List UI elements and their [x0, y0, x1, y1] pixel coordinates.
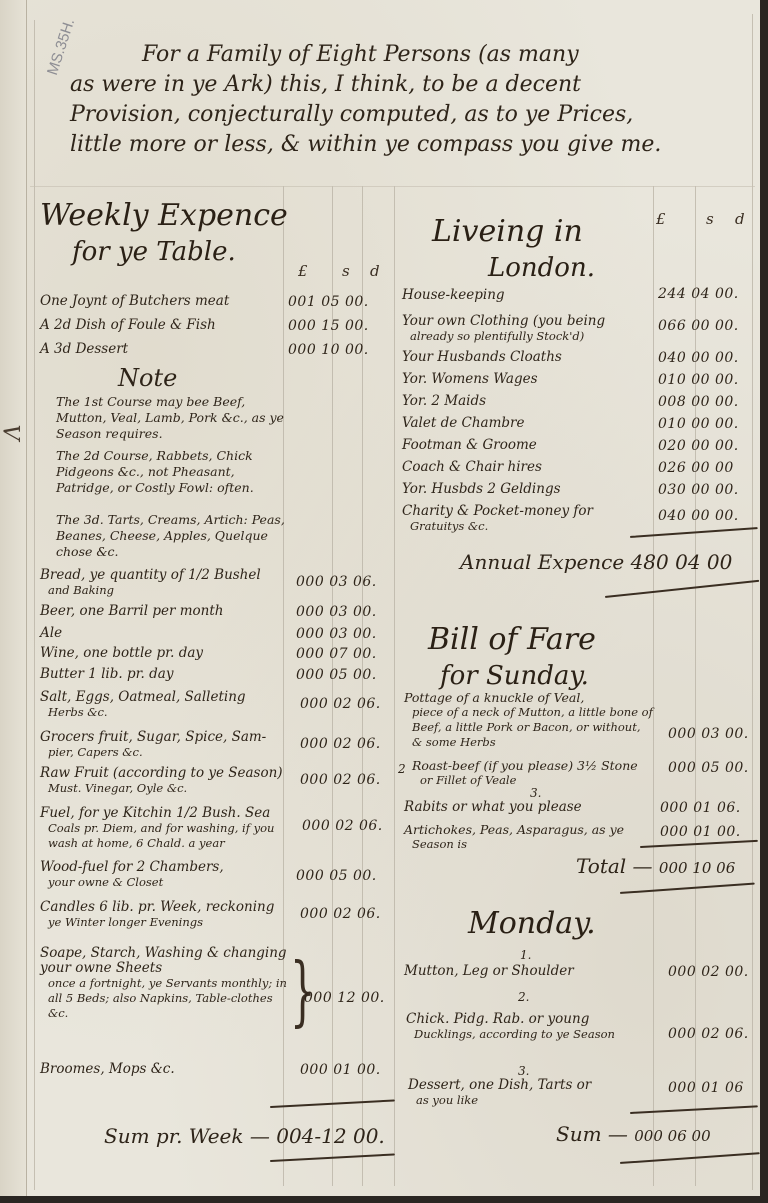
- ledger-row: Mutton, Leg or Shoulder: [404, 964, 664, 979]
- row-amount: 000 02 06.: [300, 736, 381, 752]
- monday-sum: Sum — 000 06 00: [556, 1122, 711, 1146]
- heading-line: Weekly Expence: [40, 198, 288, 234]
- ledger-row: Yor. 2 Maids: [402, 394, 652, 409]
- ledger-row: Chick. Pidg. Rab. or youngDucklings, acc…: [406, 1012, 656, 1042]
- total-rule: [620, 1152, 760, 1164]
- row-amount: 000 12 00.: [304, 990, 385, 1006]
- ledger-row: A 2d Dish of Foule & Fish: [40, 318, 285, 333]
- row-amount: 020 00 00.: [658, 438, 739, 454]
- row-amount: 000 01 00.: [300, 1062, 381, 1078]
- ledger-row: House-keeping: [402, 288, 652, 303]
- ledger-row: Rabits or what you please: [404, 800, 654, 815]
- row-amount: 000 02 06.: [668, 1026, 749, 1042]
- sunday-heading: Bill of Fare for Sunday.: [428, 622, 596, 694]
- ledger-row: One Joynt of Butchers meat: [40, 294, 285, 309]
- course-number: 3.: [530, 786, 541, 800]
- row-amount: 026 00 00: [658, 460, 734, 476]
- heading-line: Liveing in: [432, 214, 595, 250]
- heading-line: London.: [432, 250, 595, 286]
- note-text: The 3d. Tarts, Creams, Artich: Peas, Bea…: [56, 512, 286, 560]
- ledger-row: Charity & Pocket-money forGratuitys &c.: [402, 504, 652, 534]
- ledger-row: Wood-fuel for 2 Chambers,your owne & Clo…: [40, 860, 288, 890]
- row-desc: A 3d Dessert: [40, 342, 285, 357]
- row-amount: 008 00 00.: [658, 394, 739, 410]
- header-rule: [30, 186, 755, 187]
- row-amount: 000 01 00.: [660, 824, 741, 840]
- title-line: Provision, conjecturally computed, as to…: [70, 100, 730, 130]
- weekly-sum: Sum pr. Week — 004-12 00.: [104, 1124, 385, 1148]
- course-number: 2: [398, 762, 406, 776]
- row-amount: 000 02 06.: [300, 696, 381, 712]
- annual-expence: Annual Expence 480 04 00: [460, 550, 732, 574]
- column-rule: [362, 186, 363, 1186]
- row-amount: 000 03 00.: [296, 626, 377, 642]
- ledger-row: Soape, Starch, Washing & changing your o…: [40, 946, 290, 1021]
- row-amount: 000 10 00.: [288, 342, 369, 358]
- row-amount: 000 03 00.: [668, 726, 749, 742]
- total-rule: [605, 580, 759, 598]
- col-head-pounds: £: [656, 210, 666, 228]
- ledger-row: Salt, Eggs, Oatmeal, SalletingHerbs &c.: [40, 690, 288, 720]
- total-rule: [640, 840, 758, 848]
- london-heading: Liveing in London.: [432, 214, 595, 286]
- ledger-row: Artichokes, Peas, Asparagus, as yeSeason…: [404, 822, 654, 852]
- ledger-row: Ale: [40, 626, 288, 641]
- ledger-row: Raw Fruit (according to ye Season)Must. …: [40, 766, 288, 796]
- ledger-row: Valet de Chambre: [402, 416, 652, 431]
- ledger-row: Footman & Groome: [402, 438, 652, 453]
- col-head-shillings: s: [706, 210, 714, 228]
- row-amount: 040 00 00.: [658, 508, 739, 524]
- heading-line: Bill of Fare: [428, 622, 596, 658]
- col-head-shillings: s: [342, 262, 350, 280]
- manuscript-page: MS.35H. V For a Family of Eight Persons …: [0, 0, 760, 1196]
- row-amount: 000 02 00.: [668, 964, 749, 980]
- title-line: as were in ye Ark) this, I think, to be …: [70, 70, 730, 100]
- ledger-row: Fuel, for ye Kitchin 1/2 Bush. SeaCoals …: [40, 806, 295, 851]
- row-amount: 030 00 00.: [658, 482, 739, 498]
- ledger-row: Broomes, Mops &c.: [40, 1062, 288, 1077]
- note-text: The 2d Course, Rabbets, Chick Pidgeons &…: [56, 448, 286, 496]
- row-amount: 001 05 00.: [288, 294, 369, 310]
- ledger-row: Your own Clothing (you beingalready so p…: [402, 314, 652, 344]
- row-amount: 000 05 00.: [296, 667, 377, 683]
- ledger-row: Roast-beef (if you please) 3½ Stoneor Fi…: [412, 758, 662, 788]
- col-head-pence: d: [735, 210, 745, 228]
- col-head-pounds: £: [298, 262, 308, 280]
- weekly-heading: Weekly Expence for ye Table.: [40, 198, 288, 270]
- column-rule: [752, 14, 753, 1190]
- row-desc: A 2d Dish of Foule & Fish: [40, 318, 285, 333]
- title-line: For a Family of Eight Persons (as many: [70, 40, 730, 70]
- heading-line: for Sunday.: [428, 658, 596, 694]
- row-amount: 066 00 00.: [658, 318, 739, 334]
- col-head-pence: d: [370, 262, 380, 280]
- column-rule: [394, 186, 395, 1186]
- course-number: 2.: [518, 990, 529, 1004]
- sunday-total: Total — 000 10 06: [576, 854, 735, 878]
- ledger-row: Grocers fruit, Sugar, Spice, Sam-pier, C…: [40, 730, 288, 760]
- ledger-row: Candles 6 lib. pr. Week, reckoningye Win…: [40, 900, 295, 930]
- row-amount: 244 04 00.: [658, 286, 739, 302]
- ledger-row: Bread, ye quantity of 1/2 Busheland Baki…: [40, 568, 288, 598]
- row-amount: 000 05 00.: [296, 868, 377, 884]
- row-amount: 040 00 00.: [658, 350, 739, 366]
- column-rule: [283, 186, 284, 1186]
- ledger-row: Yor. Husbds 2 Geldings: [402, 482, 652, 497]
- ledger-row: Wine, one bottle pr. day: [40, 646, 288, 661]
- ledger-row: Butter 1 lib. pr. day: [40, 667, 288, 682]
- row-amount: 000 03 06.: [296, 574, 377, 590]
- monday-heading: Monday.: [468, 906, 596, 942]
- ledger-row: Dessert, one Dish, Tarts oras you like: [408, 1078, 658, 1108]
- ledger-row: Beer, one Barril per month: [40, 604, 288, 619]
- heading-line: for ye Table.: [40, 234, 288, 270]
- course-number: 3.: [518, 1064, 529, 1078]
- ledger-row: Coach & Chair hires: [402, 460, 652, 475]
- row-amount: 000 03 00.: [296, 604, 377, 620]
- total-rule: [620, 883, 755, 894]
- title-line: little more or less, & within ye compass…: [70, 130, 730, 160]
- row-amount: 000 01 06.: [660, 800, 741, 816]
- column-rule: [332, 186, 333, 1186]
- margin-rule: [34, 20, 35, 1190]
- row-amount: 000 05 00.: [668, 760, 749, 776]
- row-amount: 000 02 06.: [302, 818, 383, 834]
- page-title: For a Family of Eight Persons (as many a…: [70, 40, 730, 160]
- ledger-row: Pottage of a knuckle of Veal,piece of a …: [404, 690, 654, 750]
- row-amount: 000 02 06.: [300, 772, 381, 788]
- margin-annotation: V: [0, 425, 22, 441]
- course-number: 1.: [520, 948, 531, 962]
- binding-gutter: [0, 0, 27, 1196]
- row-amount: 000 02 06.: [300, 906, 381, 922]
- row-amount: 000 07 00.: [296, 646, 377, 662]
- ledger-row: A 3d Dessert: [40, 342, 285, 357]
- row-desc: One Joynt of Butchers meat: [40, 294, 285, 309]
- note-heading: Note: [118, 364, 177, 392]
- row-amount: 000 15 00.: [288, 318, 369, 334]
- row-amount: 010 00 00.: [658, 372, 739, 388]
- ledger-row: Yor. Womens Wages: [402, 372, 652, 387]
- row-amount: 010 00 00.: [658, 416, 739, 432]
- ledger-row: Your Husbands Cloaths: [402, 350, 652, 365]
- row-amount: 000 01 06: [668, 1080, 744, 1096]
- note-text: The 1st Course may bee Beef, Mutton, Vea…: [56, 394, 286, 442]
